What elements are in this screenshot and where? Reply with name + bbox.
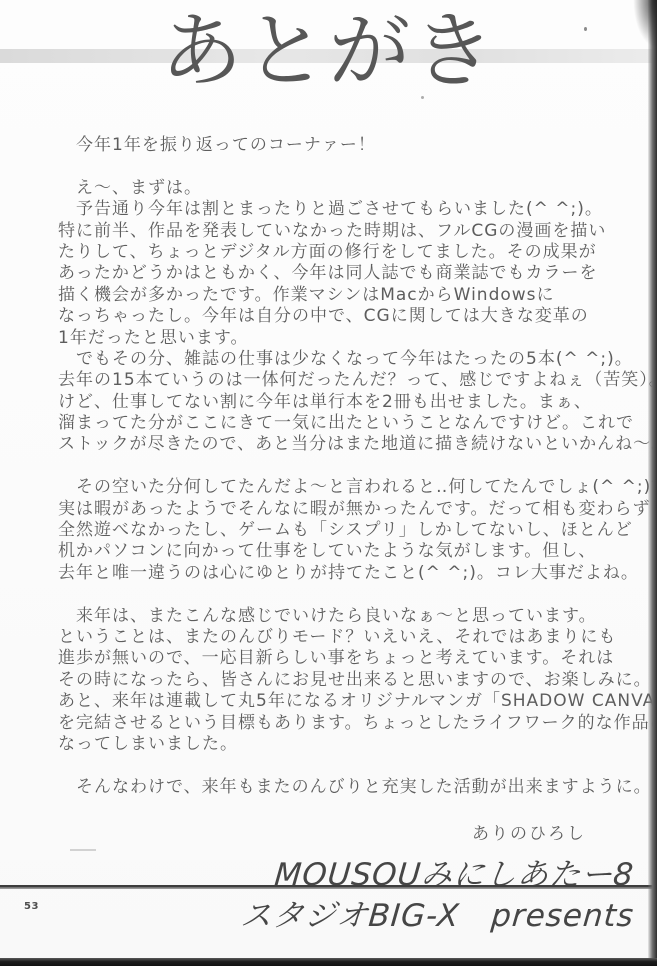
author-signature: ありのひろし — [472, 819, 586, 844]
text-line: 特に前半、作品を発表していなかった時期は、フルCGの漫画を描い — [58, 221, 657, 242]
text-line: なってしまいました。 — [58, 734, 657, 755]
text-line: 去年と唯一違うのは心にゆとりが持てたこと(^ ^;)。コレ大事だよね。 — [58, 563, 657, 584]
text-line: 溜まってた分がここにきて一気に出たということなんですけど。これで — [58, 413, 657, 434]
text-line: でもその分、雑誌の仕事は少なくなって今年はたったの5本(^ ^;)。 — [58, 349, 657, 370]
text-line: 予告通り今年は割とまったりと過ごさせてもらいました(^ ^;)。 — [58, 199, 657, 220]
scan-speck — [421, 96, 424, 99]
text-line: 描く機会が多かったです。作業マシンはMacからWindowsに — [58, 285, 657, 306]
scan-edge-right — [648, 0, 657, 966]
text-line: その時になったら、皆さんにお見せ出来ると思いますので、お楽しみに。 — [58, 670, 657, 691]
page-title: あとがき — [0, 4, 657, 101]
text-line: 来年は、またこんな感じでいけたら良いなぁ～と思っています。 — [58, 606, 657, 627]
text-line: 1年だったと思います。 — [58, 328, 657, 349]
scan-corner-smudge — [633, 0, 657, 48]
text-line: けど、仕事してない割に今年は単行本を2冊も出せました。まぁ、 — [58, 392, 657, 413]
text-line: その空いた分何してたんだよ～と言われると‥何してたんでしょ(^ ^;)？ — [58, 477, 657, 498]
text-line: なっちゃったし。今年は自分の中で、CGに関しては大きな変革の — [58, 306, 657, 327]
scanned-afterword-page: あとがき 今年1年を振り返ってのコーナァー！ え～、まずは。 予告通り今年は割と… — [0, 0, 657, 966]
text-line: 机かパソコンに向かって仕事をしていたような気がします。但し、 — [58, 541, 657, 562]
text-line — [58, 456, 657, 477]
text-line: 実は暇があったようでそんなに暇が無かったんです。だって相も変わらず — [58, 499, 657, 520]
page-number: 53 — [24, 901, 39, 912]
text-line — [58, 755, 657, 776]
text-line: 全然遊べなかったし、ゲームも「シスプリ」しかしてないし、ほとんど — [58, 520, 657, 541]
text-line: 去年の15本ていうのは一体何だったんだ？って、感じですよねぇ（苦笑）。 — [58, 370, 657, 391]
scan-edge-bottom — [0, 958, 657, 966]
afterword-body-text: 今年1年を振り返ってのコーナァー！ え～、まずは。 予告通り今年は割とまったりと… — [58, 135, 657, 798]
text-line: ストックが尽きたので、あと当分はまた地道に描き続けないといかんね～。 — [58, 434, 657, 455]
scan-speck — [584, 27, 587, 31]
text-line: あと、来年は連載して丸5年になるオリジナルマンガ「SHADOW CANVAS」 — [58, 691, 657, 712]
footer-divider-line — [0, 885, 657, 889]
text-line — [58, 156, 657, 177]
text-line — [58, 584, 657, 605]
text-line: あったかどうかはともかく、今年は同人誌でも商業誌でもカラーを — [58, 263, 657, 284]
text-line: そんなわけで、来年もまたのんびりと充実した活動が出来ますように。 — [58, 777, 657, 798]
studio-credit: スタジオBIG-X presents — [239, 890, 636, 935]
text-line: を完結させるという目標もあります。ちょっとしたライフワーク的な作品に — [58, 713, 657, 734]
scan-speck — [70, 849, 96, 851]
text-line: 進歩が無いので、一応目新らしい事をちょっと考えています。それは — [58, 648, 657, 669]
text-line: 今年1年を振り返ってのコーナァー！ — [58, 135, 657, 156]
text-line: え～、まずは。 — [58, 178, 657, 199]
text-line: たりして、ちょっとデジタル方面の修行をしてました。その成果が — [58, 242, 657, 263]
text-line: ということは、またのんびりモード？いえいえ、それではあまりにも — [58, 627, 657, 648]
